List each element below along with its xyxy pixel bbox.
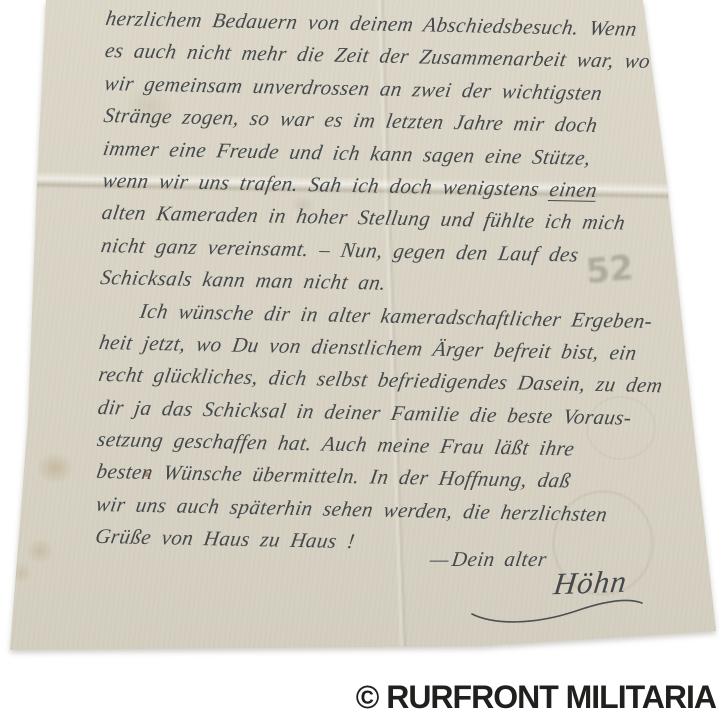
signature: Höhn [552,564,630,603]
paper-stain [36,452,74,484]
handwriting-line-6-text: wenn wir uns trafen. Sah ich doch wenigs… [101,168,552,201]
letter-photo: 52 herzlichem Bedauern von deinem Abschi… [0,0,720,720]
underlined-word: einen [548,177,599,202]
paper-stain [26,538,54,564]
letter-body: herzlichem Bedauern von deinem Abschieds… [93,2,668,564]
paper-stain [10,562,32,584]
closing-line: Dein alter [428,547,548,572]
copyright-watermark: © RURFRONT MILITARIA [356,679,716,716]
paper-shadow-wrap: 52 herzlichem Bedauern von deinem Abschi… [0,0,720,720]
letter-paper: 52 herzlichem Bedauern von deinem Abschi… [0,0,720,720]
